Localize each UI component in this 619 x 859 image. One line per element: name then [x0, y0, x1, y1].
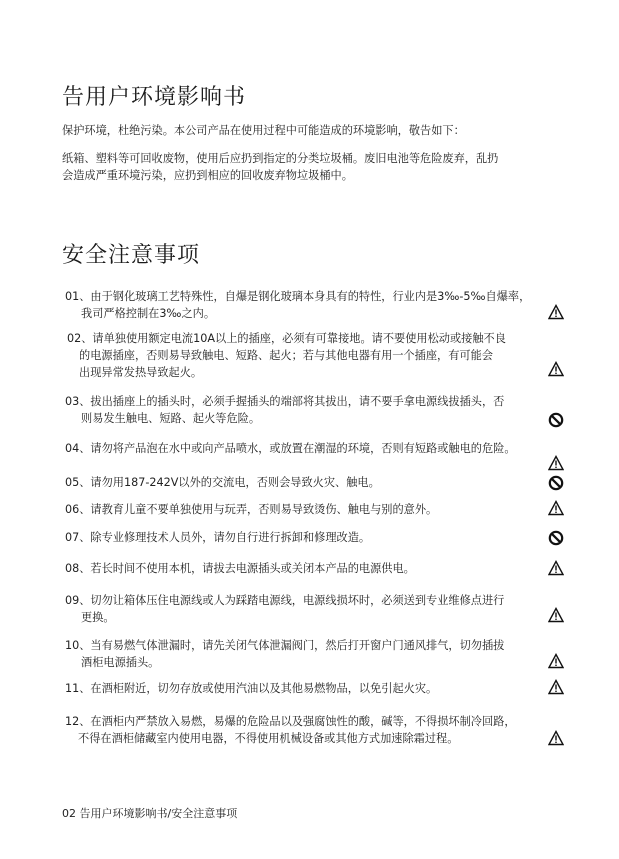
- safety-item-line: 12、在酒柜内严禁放入易燃，易爆的危险品以及强腐蚀性的酸，碱等，不得损坏制冷回路…: [65, 713, 516, 730]
- safety-item-line: 10、当有易燃气体泄漏时，请先关闭气体泄漏阀门，然后打开窗户门通风排气，切勿插拔: [65, 637, 504, 654]
- safety-item-11: 11、在酒柜附近，切勿存放或使用汽油以及其他易燃物品，以免引起火灾。: [65, 680, 437, 697]
- warning-icon: [548, 500, 564, 516]
- env-recycling-paragraph-line2: 会造成严重环境污染，应扔到相应的回收废弃物垃圾桶中。: [62, 167, 353, 184]
- warning-icon: [548, 653, 564, 669]
- safety-item-line: 04、请勿将产品泡在水中或向产品喷水，或放置在潮湿的环境，否则有短路或触电的危险…: [65, 440, 516, 457]
- warning-icon: [548, 730, 564, 746]
- safety-item-10: 10、当有易燃气体泄漏时，请先关闭气体泄漏阀门，然后打开窗户门通风排气，切勿插拔…: [65, 637, 504, 671]
- safety-item-line: 不得在酒柜储藏室内使用电器，不得使用机械设备或其他方式加速除霜过程。: [65, 730, 516, 747]
- safety-item-line: 03、拔出插座上的插头时，必须手握插头的端部将其拔出，请不要手拿电源线拔插头，否: [65, 393, 504, 410]
- safety-item-04: 04、请勿将产品泡在水中或向产品喷水，或放置在潮湿的环境，否则有短路或触电的危险…: [65, 440, 516, 457]
- warning-icon: [548, 607, 564, 623]
- warning-icon: [548, 455, 564, 471]
- prohibited-icon: [548, 530, 564, 546]
- safety-item-09: 09、切勿让箱体压住电源线或人为踩踏电源线，电源线损坏时，必须送到专业维修点进行…: [65, 592, 504, 626]
- safety-item-line: 的电源插座，否则易导致触电、短路、起火；若与其他电器有用一个插座，有可能会: [67, 347, 506, 364]
- safety-item-07: 07、除专业修理技术人员外，请勿自行进行拆卸和修理改造。: [65, 529, 370, 546]
- env-impact-title: 告用户环境影响书: [62, 80, 246, 111]
- safety-item-line: 我司严格控制在3‰之内。: [65, 305, 530, 322]
- safety-item-03: 03、拔出插座上的插头时，必须手握插头的端部将其拔出，请不要手拿电源线拔插头，否…: [65, 393, 504, 427]
- warning-icon: [548, 361, 564, 377]
- safety-item-05: 05、请勿用187-242V以外的交流电，否则会导致火灾、触电。: [65, 474, 380, 491]
- safety-item-line: 02、请单独使用额定电流10A以上的插座，必须有可靠接地。请不要使用松动或接触不…: [67, 330, 506, 347]
- safety-item-08: 08、若长时间不使用本机，请拔去电源插头或关闭本产品的电源供电。: [65, 560, 415, 577]
- safety-notes-title: 安全注意事项: [62, 238, 200, 269]
- env-intro-paragraph: 保护环境，杜绝污染。本公司产品在使用过程中可能造成的环境影响，敬告如下：: [62, 122, 465, 139]
- prohibited-icon: [548, 475, 564, 491]
- safety-item-06: 06、请教育儿童不要单独使用与玩弄，否则易导致烫伤、触电与别的意外。: [65, 501, 437, 518]
- safety-item-02: 02、请单独使用额定电流10A以上的插座，必须有可靠接地。请不要使用松动或接触不…: [67, 330, 506, 381]
- warning-icon: [548, 304, 564, 320]
- safety-item-line: 06、请教育儿童不要单独使用与玩弄，否则易导致烫伤、触电与别的意外。: [65, 501, 437, 518]
- safety-item-line: 08、若长时间不使用本机，请拔去电源插头或关闭本产品的电源供电。: [65, 560, 415, 577]
- safety-item-line: 01、由于钢化玻璃工艺特殊性，自爆是钢化玻璃本身具有的特性，行业内是3‰-5‰自…: [65, 288, 530, 305]
- env-recycling-paragraph-line1: 纸箱、塑料等可回收废物，使用后应扔到指定的分类垃圾桶。废旧电池等危险废弃，乱扔: [62, 150, 498, 167]
- page-footer: 02 告用户环境影响书/安全注意事项: [62, 805, 237, 821]
- safety-item-12: 12、在酒柜内严禁放入易燃，易爆的危险品以及强腐蚀性的酸，碱等，不得损坏制冷回路…: [65, 713, 516, 747]
- safety-item-line: 09、切勿让箱体压住电源线或人为踩踏电源线，电源线损坏时，必须送到专业维修点进行: [65, 592, 504, 609]
- safety-item-line: 酒柜电源插头。: [65, 654, 504, 671]
- warning-icon: [548, 560, 564, 576]
- safety-item-line: 11、在酒柜附近，切勿存放或使用汽油以及其他易燃物品，以免引起火灾。: [65, 680, 437, 697]
- warning-icon: [548, 679, 564, 695]
- safety-item-01: 01、由于钢化玻璃工艺特殊性，自爆是钢化玻璃本身具有的特性，行业内是3‰-5‰自…: [65, 288, 530, 322]
- prohibited-icon: [548, 412, 564, 428]
- safety-item-line: 更换。: [65, 609, 504, 626]
- safety-item-line: 07、除专业修理技术人员外，请勿自行进行拆卸和修理改造。: [65, 529, 370, 546]
- safety-item-line: 则易发生触电、短路、起火等危险。: [65, 410, 504, 427]
- safety-item-line: 出现异常发热导致起火。: [67, 364, 506, 381]
- safety-item-line: 05、请勿用187-242V以外的交流电，否则会导致火灾、触电。: [65, 474, 380, 491]
